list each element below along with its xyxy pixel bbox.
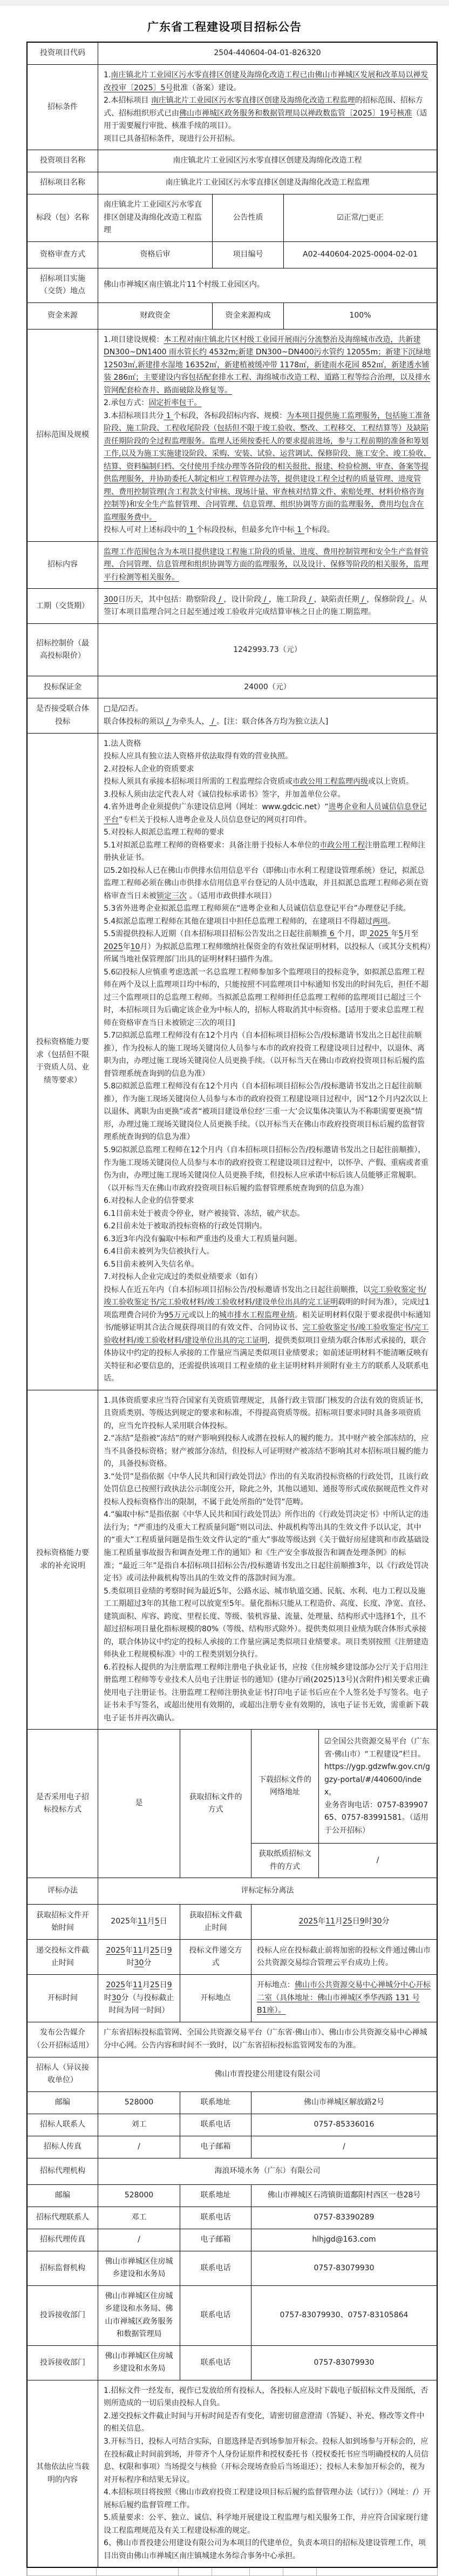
tenderer-contact-label: 招标人联系人 xyxy=(28,2114,98,2136)
row-tenderer-postcode: 邮编 528000 联系地址 佛山市禅城区解放路2号 xyxy=(28,2091,437,2114)
agency-address-value: 佛山市禅城区石湾镇街道鄱阳村西区一巷28号 xyxy=(251,2185,437,2207)
tenderer-postcode-label: 邮编 xyxy=(28,2092,98,2114)
funding-source-value: 财政资金 xyxy=(98,303,212,329)
paragraph: 3.本招标项目共分 1 个标段，各标段招标内容、规模：为本项目提供施工监理服务，… xyxy=(104,410,431,524)
joint-venture-label: 是否接受联合体投标 xyxy=(28,698,98,732)
row-announcement-media: 发布公告媒介（公开招标适用） 广东省招标投标监管网、全国公共资源交易平台（广东省… xyxy=(28,2022,437,2057)
paragraph: 5.9☑拟派总监理工程师在12个月内（自本招标项目招标公告/投标邀请书发出之日起… xyxy=(104,1144,431,1195)
agency-label: 招标代理机构 xyxy=(28,2158,98,2184)
row-agency: 招标代理机构 海浪环境水务（广东）有限公司 xyxy=(28,2158,437,2184)
agency-contact-label: 招标代理联系人 xyxy=(28,2207,98,2229)
paragraph: ☑5.2如投标人已在佛山市供排水信用信息平台（即佛山市水利工程建设管理系统）登记… xyxy=(104,865,431,903)
supervisor-phone-value: 0757-83079930 xyxy=(251,2251,437,2285)
doc-deadline-label: 获取招标文件截止时间 xyxy=(180,1905,251,1939)
tenderer-label: 招标人（异议接收单位） xyxy=(28,2057,98,2091)
row-e-bidding: 是否采用电子招标投标方式 是 获取招标文件的方式 下载招标文件的网络地址 ☑全国… xyxy=(28,1729,437,1878)
paragraph: 6.若投标人提供的为注册监理工程师注册电子执业证书，应按《住房城乡建设部办公厅关… xyxy=(104,1662,431,1725)
tender-content-value: 监理工作范围包含为本项目提供建设工程施工阶段的质量、进度、费用控制管理和安全生产… xyxy=(98,542,437,589)
row-ceiling-price: 招标控制价（最高投标限价） 1242993.73（元） xyxy=(28,623,437,676)
paper-document-label: 获取纸质招标文件的方式 xyxy=(251,1844,318,1878)
paragraph: 1.南庄镇北片工业园区污水零直排区创建及海绵化改造工程已由佛山市禅城区发展和改革… xyxy=(104,69,431,95)
agency-fax-label: 招标代理传真 xyxy=(28,2229,98,2251)
prequalification-label: 资格审查方式 xyxy=(28,242,98,268)
funding-composition-label: 资金来源构成 xyxy=(212,303,283,329)
project-code-label: 投资项目代码 xyxy=(28,43,98,64)
agency-address-label: 联系地址 xyxy=(180,2185,251,2207)
paragraph: 2.承包方式：固定折率包干。 xyxy=(104,397,431,410)
tender-content-label: 招标内容 xyxy=(28,542,98,589)
e-bidding-value: 是 xyxy=(98,1730,180,1878)
row-delivery-location: 招标项目实施（交货）地点 佛山市禅城区南庄镇北片11个村级工业园区内。 xyxy=(28,268,437,302)
row-supervisor: 招标监督机构 佛山市禅城区住房城乡建设和水务局 联系电话 0757-830799… xyxy=(28,2251,437,2285)
tenderer-email-label: 电子邮箱 xyxy=(180,2136,251,2158)
joint-venture-value: □是/☑否。联合体投标的须以 / 为牵头人， / 。[注：联合体各方均为独立法人… xyxy=(98,698,437,732)
qualification-requirements-value: 1.法人资格投标人应具有独立法人资格并依法取得有效的营业执照。2.对投标人企业的… xyxy=(98,734,437,1390)
tenderer-fax-value: / xyxy=(98,2136,180,2158)
notice-nature-value: ☑正常/□更正 xyxy=(283,194,437,241)
doc-obtain-method-label: 获取招标文件的方式 xyxy=(180,1730,251,1878)
notice-nature-label: 公告性质 xyxy=(212,194,283,241)
paragraph: 投标人须具有承接本招标项目所需的工程监理综合资质或市政公用工程监理丙级或以上资质… xyxy=(104,776,431,789)
footer-cell xyxy=(96,2568,178,2575)
paragraph: 5.6☑投标人应慎重考虑选派一名总监理工程师参加多个监理项目的投标竞争，如拟派总… xyxy=(104,966,431,1030)
paragraph: ☑全国公共资源交易平台（广东省·佛山市）“工程建设”栏目。 xyxy=(324,1736,431,1761)
evaluation-method-label: 评标办法 xyxy=(28,1878,98,1904)
paragraph: 5.7☑拟派总监理工程师没有在12个月内（自本招标项目招标公告/投标邀请书发出之… xyxy=(104,1030,431,1080)
row-complaint-department-1: 投诉接收部门 佛山市禅城区住房城乡建设和水务局、佛山市禅城区政务服务和数据管理局… xyxy=(28,2285,437,2345)
opening-place-label: 开标地点 xyxy=(180,1975,251,2022)
complaint-phone-1-label: 联系电话 xyxy=(180,2286,251,2345)
paragraph: 4.本招标项目将按照《佛山市政府投资工程建设项目标后履约监督管理办法（试行）》（… xyxy=(104,2486,431,2512)
agency-phone-value: 0757-83390289 xyxy=(251,2207,437,2229)
complaint-phone-2-label: 联系电话 xyxy=(180,2346,251,2380)
paragraph: 2025年11月25日9时30分（与投标截止时间为同一时间） xyxy=(104,1979,174,2017)
paragraph: 2.“冻结”是指被“冻结”的财产影响到投标人或潜在投标人的履约能力。其中财产被全… xyxy=(104,1432,431,1471)
paragraph: 5.质量要求：公平、独立、诚信、科学地开展建设工程监理与相关服务工作，并应符合国… xyxy=(104,2512,431,2537)
tender-project-name-value: 南庄镇北片工业园区污水零直排区创建及海绵化改造工程监理 xyxy=(98,172,437,194)
tenderer-address-value: 佛山市禅城区解放路2号 xyxy=(251,2092,437,2114)
complaint-phone-1-value: 0757-83079930、0757-83105864 xyxy=(251,2286,437,2345)
row-funding-source: 资金来源 财政资金 资金来源构成 100% xyxy=(28,302,437,329)
complaint-department-1-value: 佛山市禅城区住房城乡建设和水务局、佛山市禅城区政务服务和数据管理局 xyxy=(98,2286,180,2345)
paragraph: 300日历天，其中包括：勘察阶段 / ，设计阶段 / ，施工阶段 / ，缺陷责任… xyxy=(104,594,431,619)
tenderer-phone-label: 联系电话 xyxy=(180,2114,251,2136)
paragraph: 5.8☑拟派总监理工程师没有在12个月内（自本招标项目招标公告/投标邀请书发出之… xyxy=(104,1080,431,1144)
bid-deposit-value: 24000（元） xyxy=(98,676,437,698)
opening-place-value: 开标地点：佛山市公共资源交易中心禅城分中心开标二室（具体地址：佛山市禅城区季华西… xyxy=(251,1975,437,2022)
delivery-location-value: 佛山市禅城区南庄镇北片11个村级工业园区内。 xyxy=(98,268,437,302)
paragraph: 2025年11月5日 xyxy=(104,1915,174,1928)
paragraph: 3.投标人须由法定代表人对《诚信投标承诺书》签字，并加盖单位公章。 xyxy=(104,789,431,802)
ceiling-price-label: 招标控制价（最高投标限价） xyxy=(28,624,98,676)
complaint-department-2-label: 投诉接收部门 xyxy=(28,2346,98,2380)
paragraph: 6.4目前未被列为失信被执行人。 xyxy=(104,1246,431,1259)
project-number-label: 项目编号 xyxy=(212,242,283,268)
project-number-value: A02-440604-2025-0004-02-01 xyxy=(283,242,437,268)
other-content-label: 其他依法应当载明的内容 xyxy=(28,2380,98,2567)
page-title: 广东省工程建设项目招标公告 xyxy=(0,18,449,35)
row-tender-content: 招标内容 监理工作范围包含为本项目提供建设工程施工阶段的质量、进度、费用控制管理… xyxy=(28,541,437,589)
paragraph: 5.4拟派总监理工程师在其他在建项目中担任总监理工程师的，在建项目不得超过两项。 xyxy=(104,916,431,929)
project-code-value: 2504-440604-04-01-826320 xyxy=(98,43,437,64)
section-name-label: 标段（包）名称 xyxy=(28,194,98,241)
funding-source-label: 资金来源 xyxy=(28,303,98,329)
row-tenderer-fax: 招标人传真 / 电子邮箱 / xyxy=(28,2136,437,2158)
paragraph: 3.“处罚”是指依据《中华人民共和国行政处罚法》作出的有关取消投标资格的行政处罚… xyxy=(104,1471,431,1509)
supervisor-value: 佛山市禅城区住房城乡建设和水务局 xyxy=(98,2251,180,2285)
row-tender-project-name: 招标项目名称 南庄镇北片工业园区污水零直排区创建及海绵化改造工程监理 xyxy=(28,172,437,194)
qualification-requirements-label: 投标资格能力要求（包括但不限于资质人员、业绩等要求） xyxy=(28,734,98,1390)
row-document-time: 获取招标文件开始时间 2025年11月5日 获取招标文件截止时间 2025年11… xyxy=(28,1904,437,1939)
row-qualification-supplement: 投标资格能力要求的补充说明 1.具体资质要求应当符合国家有关资质管理规定，具备行… xyxy=(28,1390,437,1729)
agency-phone-label: 联系电话 xyxy=(180,2207,251,2229)
download-address-label: 下载招标文件的网络地址 xyxy=(251,1730,318,1843)
funding-composition-value: 100% xyxy=(283,303,437,329)
paragraph: 6.3近3年内没有骗取中标和严重违约及重大工程质量问题。 xyxy=(104,1233,431,1246)
evaluation-method-value: 评标定标分离法 xyxy=(98,1878,437,1904)
row-tender-conditions: 招标条件 1.南庄镇北片工业园区污水零直排区创建及海绵化改造工程已由佛山市禅城区… xyxy=(28,64,437,150)
footer-cell xyxy=(283,2568,316,2575)
row-bid-deposit: 投标保证金 24000（元） xyxy=(28,676,437,698)
download-address-value: ☑全国公共资源交易平台（广东省·佛山市）“工程建设”栏目。https://ygp… xyxy=(318,1730,437,1843)
tenderer-contact-value: 刘工 xyxy=(98,2114,180,2136)
row-tenderer: 招标人（异议接收单位） 佛山市晋投建公用建设有限公司 xyxy=(28,2057,437,2091)
bid-deposit-label: 投标保证金 xyxy=(28,676,98,698)
paragraph: 投标人可对上述标段中的 1 个标段投标，但最多允许中标 1 个标段。 xyxy=(104,524,431,537)
announcement-media-value: 广东省招标投标监管网、全国公共资源交易平台（广东省·佛山市）、佛山市公共资源交易… xyxy=(98,2022,437,2057)
tender-conditions-label: 招标条件 xyxy=(28,65,98,150)
paragraph: 6.2目前未处于被取消投标资格的行政处罚期内。 xyxy=(104,1220,431,1233)
paragraph: 4.省外进粤企业须提供广东建设信息网（网址：www.gdcic.net）“进粤企… xyxy=(104,801,431,826)
row-agency-fax: 招标代理传真 / 电子邮箱 hlhjgd@163.com xyxy=(28,2229,437,2251)
investment-name-label: 投资项目名称 xyxy=(28,150,98,172)
paragraph: 2.对投标人企业的资质要求 xyxy=(104,763,431,776)
paragraph: 联合体投标的须以 / 为牵头人， / 。[注：联合体各方均为独立法人] xyxy=(104,716,431,729)
row-submission-deadline: 递交投标文件截止时间 2025年11月25日9时30分 投标文件递交方式 投标人… xyxy=(28,1939,437,1974)
investment-name-value: 南庄镇北片工业园区污水零直排区创建及海绵化改造工程 xyxy=(98,150,437,172)
paragraph: 项目已具备招标条件，现进行公开招标。 xyxy=(104,133,431,146)
paragraph: 投标人在近五年内（自本招标项目招标公告/投标邀请书发出之日起往前顺推，以完工验收… xyxy=(104,1284,431,1385)
agency-contact-value: 邓工 xyxy=(98,2207,180,2229)
paragraph: 1.项目建设规模：本工程对南庄镇北片区村级工业园开展雨污分流整治及海绵城市改造，… xyxy=(104,334,431,398)
qualification-supplement-value: 1.具体资质要求应当符合国家有关资质管理规定，具备行政主管部门核发的合法有效的资… xyxy=(98,1390,437,1729)
opening-time-label: 开标时间 xyxy=(28,1975,98,2022)
paragraph: 2025年11月25日9时30分 xyxy=(257,1915,431,1928)
paragraph: 6、佛山市晋投建公用建设有限公司为本项目的代建单位，负责本项目的招标及建设管理工… xyxy=(104,2537,431,2562)
paragraph: 5.对投标人拟派总监理工程师的要求 xyxy=(104,826,431,839)
table-footer-row xyxy=(26,2568,438,2576)
footer-cell xyxy=(178,2568,212,2575)
complaint-department-1-label: 投诉接收部门 xyxy=(28,2286,98,2345)
section-name-value: 南庄镇北片工业园区污水零直排区创建及海绵化改造工程监理 xyxy=(98,194,212,241)
tender-project-name-label: 招标项目名称 xyxy=(28,172,98,194)
row-complaint-department-2: 投诉接收部门 佛山市禅城区住房城乡建设和水务局 联系电话 0757-830799… xyxy=(28,2345,437,2380)
paragraph: 3.开标当日，投标人可结合实际，自愿选择是否到场参加开标会。投标人如到场参与开标… xyxy=(104,2436,431,2486)
subrow-download-address: 下载招标文件的网络地址 ☑全国公共资源交易平台（广东省·佛山市）“工程建设”栏目… xyxy=(251,1730,437,1843)
footer-cell xyxy=(316,2568,437,2575)
submission-method-value: 投标人应在投标截止前将加密的投标文件通过佛山市公共资源交易综合管理云平台成功上传… xyxy=(251,1940,437,1974)
paragraph: https://ygp.gdzwfw.gov.cn/ggzy-portal/#/… xyxy=(324,1761,431,1799)
paragraph: 2025年11月25日9时30分 xyxy=(104,1945,174,1970)
duration-label: 工期（交货期） xyxy=(28,589,98,623)
tenderer-address-label: 联系地址 xyxy=(180,2092,251,2114)
paragraph: 1.具体资质要求应当符合国家有关资质管理规定，具备行政主管部门核发的合法有效的资… xyxy=(104,1395,431,1433)
paragraph: 5.类似项目业绩的考察时间为最近5年，公路水运、城市轨道交通、民航、水利、电力工… xyxy=(104,1585,431,1662)
delivery-location-label: 招标项目实施（交货）地点 xyxy=(28,268,98,302)
tenderer-phone-value: 0757-85336016 xyxy=(251,2114,437,2136)
agency-email-label: 电子邮箱 xyxy=(180,2229,251,2251)
complaint-department-2-value: 佛山市禅城区住房城乡建设和水务局 xyxy=(98,2346,180,2380)
paragraph: 6.1目前未处于被责令停业，财产被接管、冻结，破产状态。 xyxy=(104,1208,431,1221)
supervisor-label: 招标监督机构 xyxy=(28,2251,98,2285)
row-duration: 工期（交货期） 300日历天，其中包括：勘察阶段 / ，设计阶段 / ，施工阶段… xyxy=(28,588,437,623)
ceiling-price-value: 1242993.73（元） xyxy=(98,624,437,676)
row-tenderer-contact: 招标人联系人 刘工 联系电话 0757-85336016 xyxy=(28,2114,437,2136)
tenderer-email-value: / xyxy=(251,2136,437,2158)
paragraph: 业务咨询电话：0757-83990765、0757-83991581。（适用于公… xyxy=(324,1799,431,1838)
scope-label: 招标范围及规模 xyxy=(28,329,98,541)
tenderer-fax-label: 招标人传真 xyxy=(28,2136,98,2158)
opening-time-value: 2025年11月25日9时30分（与投标截止时间为同一时间） xyxy=(98,1975,180,2022)
row-project-code: 投资项目代码 2504-440604-04-01-826320 xyxy=(28,43,437,64)
tender-conditions-value: 1.南庄镇北片工业园区污水零直排区创建及海绵化改造工程已由佛山市禅城区发展和改革… xyxy=(98,65,437,150)
paragraph: 4.“骗取中标”是指依据《中华人民共和国行政处罚法》所作出的《行政处罚决定书》中… xyxy=(104,1509,431,1585)
supervisor-phone-label: 联系电话 xyxy=(180,2251,251,2285)
row-bid-opening: 开标时间 2025年11月25日9时30分（与投标截止时间为同一时间） 开标地点… xyxy=(28,1974,437,2022)
tenderer-postcode-value: 528000 xyxy=(98,2092,180,2114)
subrow-paper-document: 获取纸质招标文件的方式 / xyxy=(251,1843,437,1878)
complaint-phone-2-value: 0757-83079930 xyxy=(251,2346,437,2380)
paper-document-value: / xyxy=(318,1844,437,1878)
paragraph: 6.对投标人企业的信誉要求 xyxy=(104,1195,431,1208)
paragraph: 投标人应具有独立法人资格并依法取得有效的营业执照。 xyxy=(104,750,431,763)
paragraph: 5.3省外进粤企业拟派总监理工程师须在“进粤企业和人员诚信信息登记平台”办理登记… xyxy=(104,903,431,916)
row-section-name: 标段（包）名称 南庄镇北片工业园区污水零直排区创建及海绵化改造工程监理 公告性质… xyxy=(28,194,437,241)
agency-postcode-value: 528000 xyxy=(98,2185,180,2207)
paragraph: 6.5目前未被列入失信名单。 xyxy=(104,1259,431,1272)
submission-deadline-label: 递交投标文件截止时间 xyxy=(28,1940,98,1974)
doc-start-time-label: 获取招标文件开始时间 xyxy=(28,1905,98,1939)
doc-deadline-value: 2025年11月25日9时30分 xyxy=(251,1905,437,1939)
paragraph: 1.招标文件一经发布，视作已发放给所有投标人，各投标人应及时下载电子版招标文件及… xyxy=(104,2385,431,2410)
row-scope: 招标范围及规模 1.项目建设规模：本工程对南庄镇北片区村级工业园开展雨污分流整治… xyxy=(28,329,437,541)
announcement-media-label: 发布公告媒介（公开招标适用） xyxy=(28,2022,98,2057)
row-other-content: 其他依法应当载明的内容 1.招标文件一经发布，视作已发放给所有投标人，各投标人应… xyxy=(28,2380,437,2567)
doc-obtain-method-detail: 下载招标文件的网络地址 ☑全国公共资源交易平台（广东省·佛山市）“工程建设”栏目… xyxy=(251,1730,437,1878)
tenderer-value: 佛山市晋投建公用建设有限公司 xyxy=(98,2057,437,2091)
submission-method-label: 投标文件递交方式 xyxy=(180,1940,251,1974)
row-evaluation-method: 评标办法 评标定标分离法 xyxy=(28,1878,437,1904)
footer-cell xyxy=(27,2568,96,2575)
row-agency-contact: 招标代理联系人 邓工 联系电话 0757-83390289 xyxy=(28,2207,437,2229)
duration-value: 300日历天，其中包括：勘察阶段 / ，设计阶段 / ，施工阶段 / ，缺陷责任… xyxy=(98,589,437,623)
row-prequalification: 资格审查方式 资格后审 项目编号 A02-440604-2025-0004-02… xyxy=(28,241,437,268)
doc-start-time-value: 2025年11月5日 xyxy=(98,1905,180,1939)
paragraph: 开标地点：佛山市公共资源交易中心禅城分中心开标二室（具体地址：佛山市禅城区季华西… xyxy=(257,1979,431,2017)
other-content-value: 1.招标文件一经发布，视作已发放给所有投标人，各投标人应及时下载电子版招标文件及… xyxy=(98,2380,437,2567)
qualification-supplement-label: 投标资格能力要求的补充说明 xyxy=(28,1390,98,1729)
paragraph: □是/☑否。 xyxy=(104,703,431,716)
announcement-table: 投资项目代码 2504-440604-04-01-826320 招标条件 1.南… xyxy=(26,42,438,2568)
paragraph: 监理工作范围包含为本项目提供建设工程施工阶段的质量、进度、费用控制管理和安全生产… xyxy=(104,546,431,584)
footer-cell xyxy=(249,2568,283,2575)
e-bidding-label: 是否采用电子招标投标方式 xyxy=(28,1730,98,1878)
footer-cell xyxy=(212,2568,249,2575)
scope-value: 1.项目建设规模：本工程对南庄镇北片区村级工业园开展雨污分流整治及海绵城市改造，… xyxy=(98,329,437,541)
paragraph: 2.本招标项目 南庄镇北片工业园区污水零直排区创建及海绵化改造工程监理的招标范围… xyxy=(104,95,431,133)
prequalification-value: 资格后审 xyxy=(98,242,212,268)
row-qualification-requirements: 投标资格能力要求（包括但不限于资质人员、业绩等要求） 1.法人资格投标人应具有独… xyxy=(28,733,437,1390)
agency-fax-value: / xyxy=(98,2229,180,2251)
agency-postcode-label: 邮编 xyxy=(28,2185,98,2207)
paragraph: 5.5需提供投标人近期（自本招标项目招标公告发出之日起往前顺推 6 个月，即 2… xyxy=(104,928,431,966)
paragraph: 1.法人资格 xyxy=(104,738,431,751)
row-joint-venture: 是否接受联合体投标 □是/☑否。联合体投标的须以 / 为牵头人， / 。[注：联… xyxy=(28,698,437,732)
paragraph: 5.1对拟派总监理工程师的资格要求：具备注册于投标人本单位的市政公用工程注册监理… xyxy=(104,839,431,865)
row-investment-name: 投资项目名称 南庄镇北片工业园区污水零直排区创建及海绵化改造工程 xyxy=(28,150,437,172)
agency-value: 海浪环境水务（广东）有限公司 xyxy=(98,2158,437,2184)
row-agency-postcode: 邮编 528000 联系地址 佛山市禅城区石湾镇街道鄱阳村西区一巷28号 xyxy=(28,2184,437,2207)
paragraph: 2.递交投标文件截止时间与开标时间是否有变化，请密切留意澄清（答疑）、补充、修改… xyxy=(104,2410,431,2436)
submission-deadline-value: 2025年11月25日9时30分 xyxy=(98,1940,180,1974)
agency-email-value: hlhjgd@163.com xyxy=(251,2229,437,2251)
paragraph: 7.对投标人企业完成过的类似业绩要求（如有） xyxy=(104,1271,431,1284)
page-top-strip xyxy=(0,0,449,5)
